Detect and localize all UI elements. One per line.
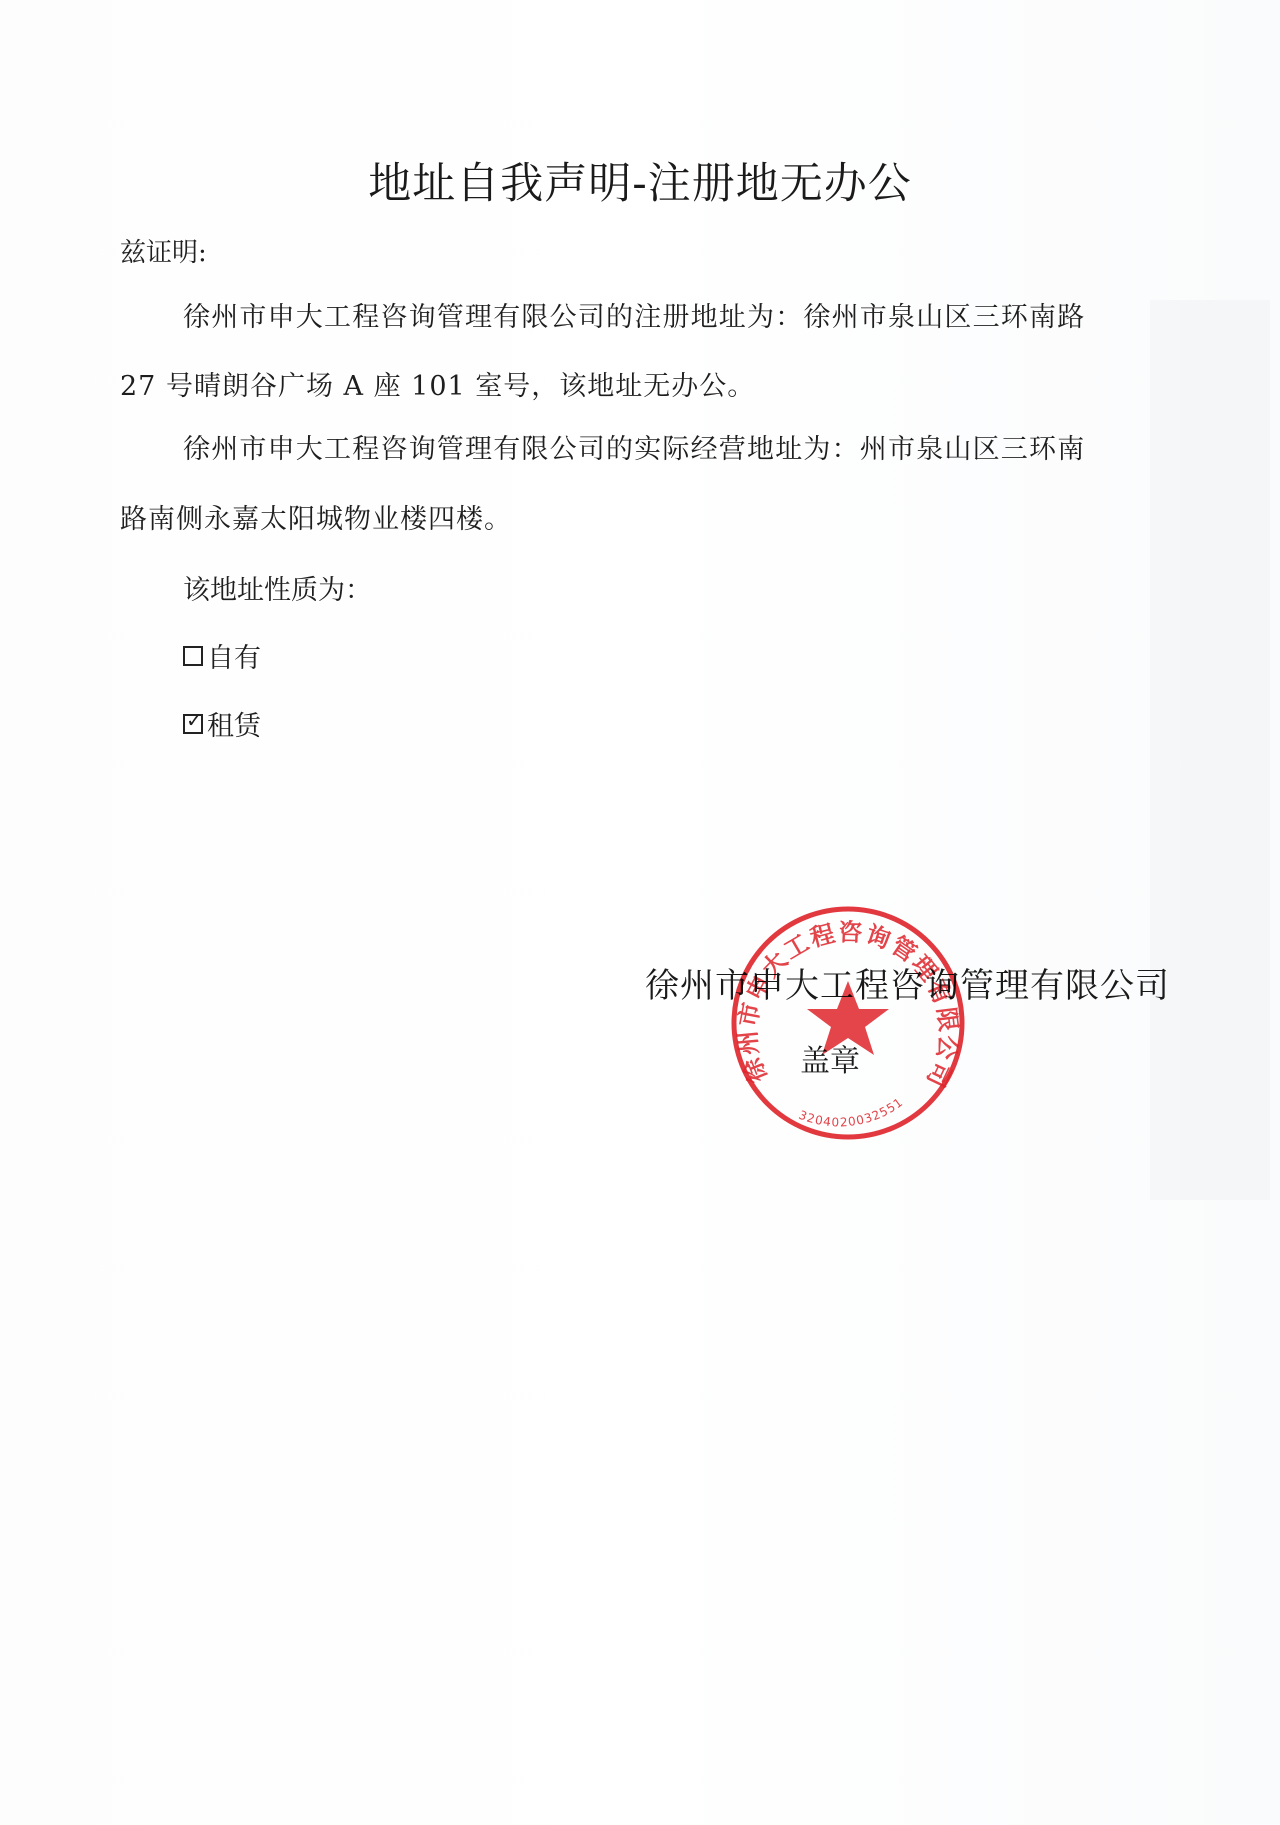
seal-number: 3204020032551 — [797, 1095, 906, 1130]
option-leased-label: 租赁 — [207, 704, 261, 743]
document-page: 地址自我声明-注册地无办公 兹证明: 徐州市申大工程咨询管理有限公司的注册地址为… — [0, 0, 1280, 1825]
scan-shadow — [1150, 300, 1270, 1200]
option-leased: ✓ 租赁 — [183, 704, 261, 743]
document-title: 地址自我声明-注册地无办公 — [0, 150, 1280, 211]
registered-address-line-2: 27 号晴朗谷广场 A 座 101 室号，该地址无办公。 — [120, 364, 755, 403]
business-address-line-1: 徐州市申大工程咨询管理有限公司的实际经营地址为：州市泉山区三环南 — [183, 427, 1085, 466]
registered-address-line-1: 徐州市申大工程咨询管理有限公司的注册地址为：徐州市泉山区三环南路 — [183, 295, 1085, 334]
certify-heading: 兹证明: — [120, 232, 207, 269]
checked-box-icon: ✓ — [183, 714, 203, 734]
seal-star-icon — [807, 981, 889, 1055]
address-nature-label: 该地址性质为： — [183, 568, 372, 607]
business-address-line-2: 路南侧永嘉太阳城物业楼四楼。 — [120, 497, 512, 536]
company-seal-icon: 徐州市申大工程咨询管理有限公司 3204020032551 — [728, 903, 968, 1143]
unchecked-box-icon — [183, 646, 203, 666]
svg-text:3204020032551: 3204020032551 — [797, 1095, 906, 1130]
option-owned: 自有 — [183, 636, 261, 675]
option-owned-label: 自有 — [207, 636, 261, 675]
